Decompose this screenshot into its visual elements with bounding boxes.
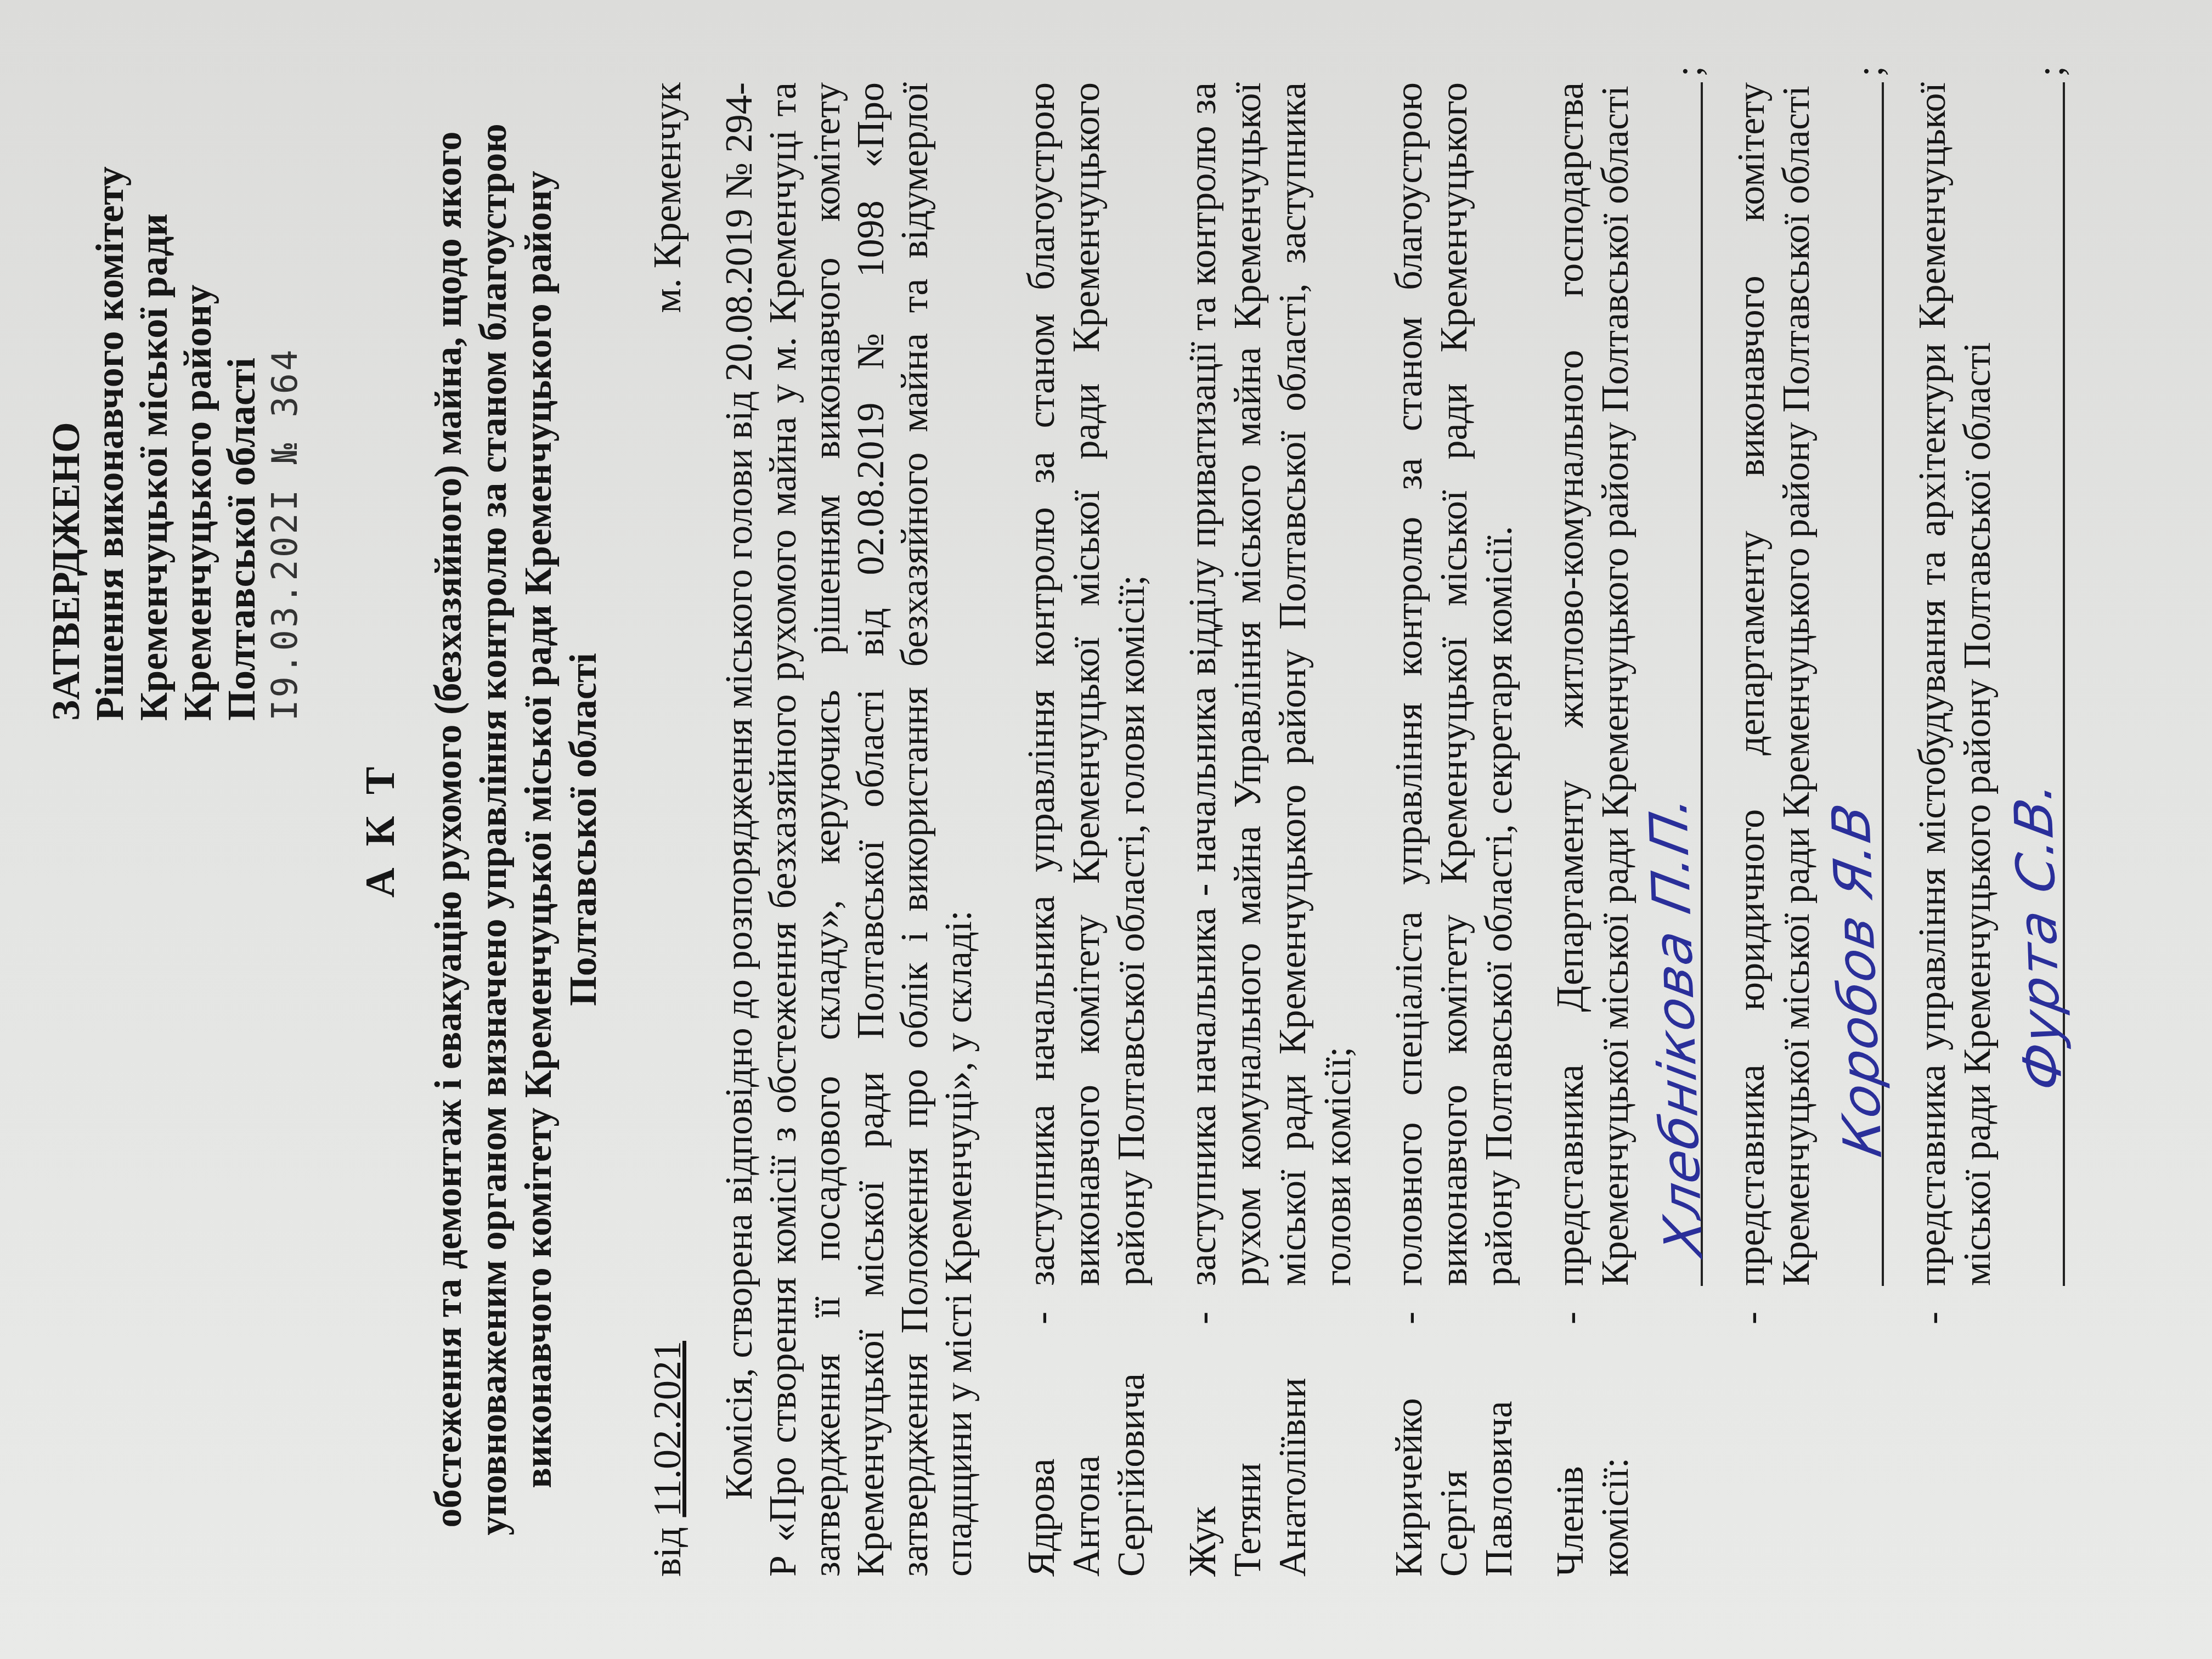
member-dash: - <box>1181 1286 1361 1335</box>
act-subtitle: обстеження та демонтаж і евакуацію рухом… <box>426 104 606 1555</box>
signature-line: Коробов Я.В ; <box>1821 82 1884 1286</box>
committee-member: - представника юридичного департаменту в… <box>1729 82 1884 1577</box>
signature-line: Фурта С.В. ; <box>2002 82 2065 1286</box>
act-title: А К Т <box>357 82 404 1577</box>
approval-line: Кременчуцького району <box>176 82 219 721</box>
handwritten-name: Фурта С.В. <box>2010 776 2066 1093</box>
member-dash: - <box>1548 1286 1703 1335</box>
member-dash: - <box>1729 1286 1884 1335</box>
member-dash: - <box>1387 1286 1522 1335</box>
committee-member: - представника управління містобудування… <box>1910 82 2065 1577</box>
members-label: Членів комісії: <box>1548 1335 1703 1577</box>
approval-line: Кременчуцької міської ради <box>132 82 176 721</box>
approval-line: Полтавської області <box>219 82 263 721</box>
approval-heading: ЗАТВЕРДЖЕНО <box>44 82 88 721</box>
commission-member: Ядрова Антона Сергійовича - заступника н… <box>1019 82 1154 1577</box>
member-name: Киричейко Сергія Павловича <box>1387 1335 1522 1577</box>
act-date: від 11.02.2021 <box>645 1341 690 1577</box>
member-description: представника управління містобудування т… <box>1910 82 2000 1286</box>
approval-line: Рішення виконавчого комітету <box>88 82 132 721</box>
member-dash: - <box>1019 1286 1154 1335</box>
date-row: від 11.02.2021 м. Кременчук <box>645 82 690 1577</box>
date-prefix: від <box>645 1527 689 1577</box>
line-end: ; <box>2029 66 2074 76</box>
member-block: представника Департаменту житлово-комуна… <box>1548 82 1703 1286</box>
member-description: представника Департаменту житлово-комуна… <box>1548 82 1638 1286</box>
signature-line: Хлебнікова П.П. ; <box>1640 82 1703 1286</box>
date-value: 11.02.2021 <box>645 1341 689 1517</box>
handwritten-name: Хлебнікова П.П. <box>1645 791 1706 1259</box>
member-block: представника юридичного департаменту вик… <box>1729 82 1884 1286</box>
line-end: ; <box>1848 66 1893 76</box>
member-description: заступника начальника управління контрол… <box>1019 82 1154 1286</box>
member-description: представника юридичного департаменту вик… <box>1729 82 1819 1286</box>
handwritten-name: Коробов Я.В <box>1829 800 1886 1160</box>
member-description: головного спеціаліста управління контрол… <box>1387 82 1522 1286</box>
document-page: ЗАТВЕРДЖЕНО Рішення виконавчого комітету… <box>0 0 2212 1659</box>
line-end: ; <box>1667 66 1712 76</box>
member-name: Жук Тетяни Анатоліївни <box>1181 1335 1361 1577</box>
approval-stamp: ЗАТВЕРДЖЕНО Рішення виконавчого комітету… <box>44 82 307 721</box>
act-city: м. Кременчук <box>645 82 690 313</box>
name-spacer <box>1729 1335 1884 1577</box>
approval-date-number: I9.03.202I № 364 <box>263 82 307 721</box>
committee-member: Членів комісії: - представника Департаме… <box>1548 82 1703 1577</box>
commission-list: Ядрова Антона Сергійовича - заступника н… <box>1019 82 2065 1577</box>
member-name: Ядрова Антона Сергійовича <box>1019 1335 1154 1577</box>
intro-paragraph: Комісія, створена відповідно до розпоряд… <box>718 82 981 1577</box>
member-block: представника управління містобудування т… <box>1910 82 2065 1286</box>
commission-member: Киричейко Сергія Павловича - головного с… <box>1387 82 1522 1577</box>
commission-member: Жук Тетяни Анатоліївни - заступника нача… <box>1181 82 1361 1577</box>
member-description: заступника начальника - начальника відді… <box>1181 82 1361 1286</box>
member-dash: - <box>1910 1286 2065 1335</box>
name-spacer <box>1910 1335 2065 1577</box>
